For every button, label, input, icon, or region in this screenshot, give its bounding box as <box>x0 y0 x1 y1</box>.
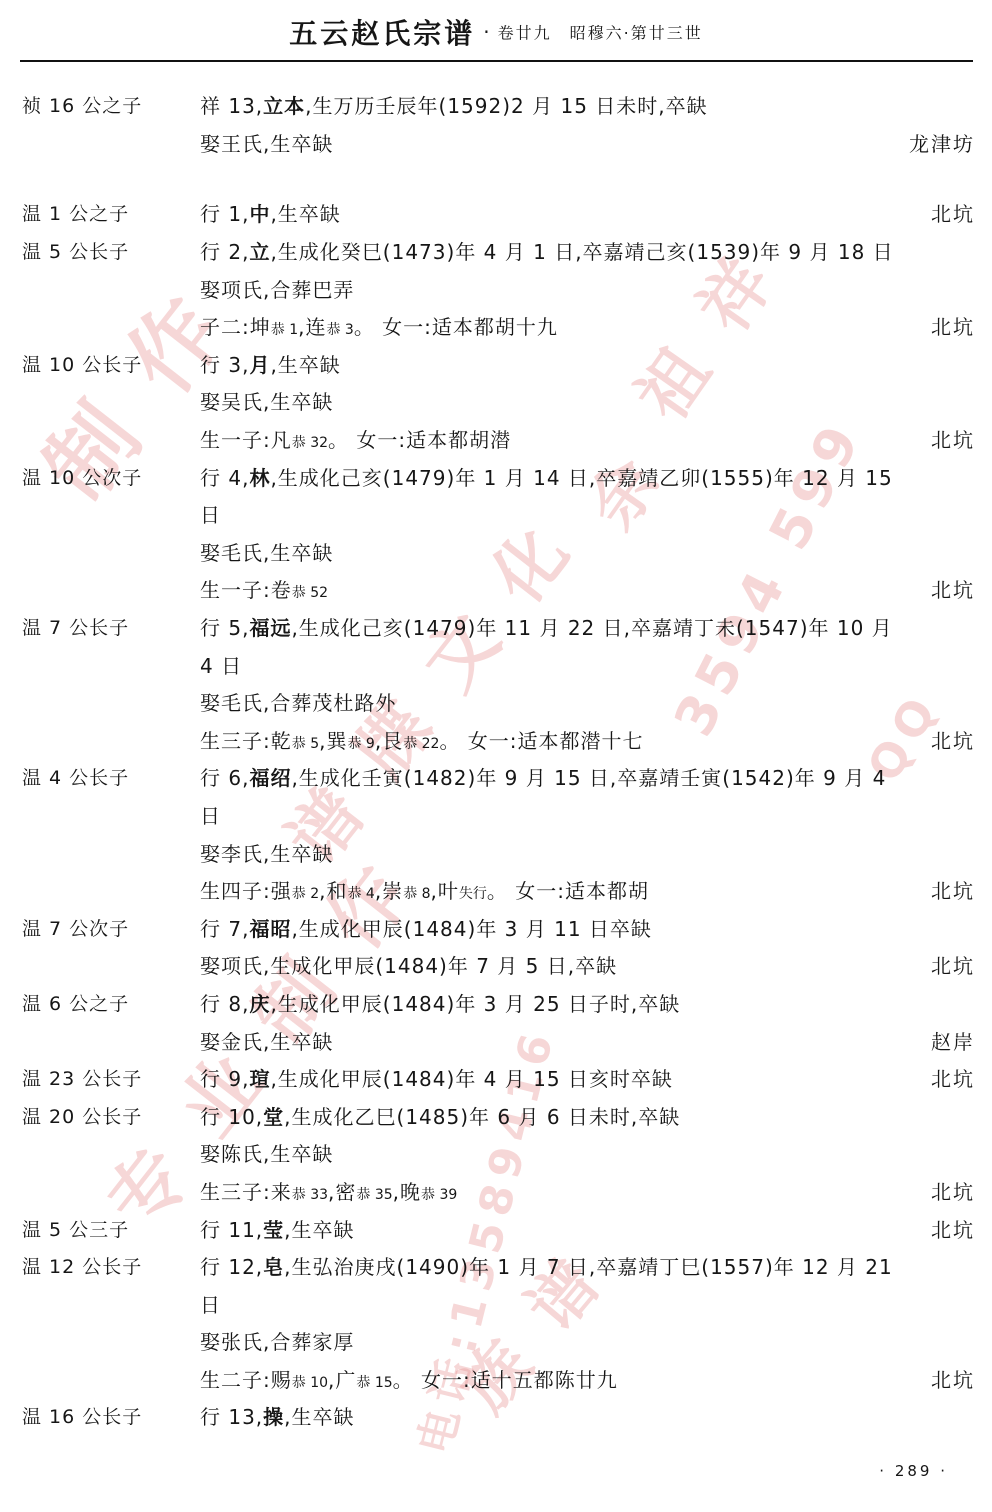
entry-text-segment: ,艮 <box>375 729 403 753</box>
entry-text-segment: ,生成化甲辰(1484)年 3 月 11 日卒缺 <box>291 917 651 941</box>
entry-text: 娶陈氏,生卒缺 <box>200 1138 975 1167</box>
generation-annotation: 恭 1 <box>271 322 298 338</box>
generation-annotation: 恭 39 <box>421 1187 457 1203</box>
location-label: 北坑 <box>931 198 975 227</box>
kinship-label: 温 10 公长子 <box>22 350 200 377</box>
entry-text: 生一子:凡恭 32。 女一:适本都胡潜 <box>200 424 931 453</box>
generation-annotation: 恭 4 <box>347 886 374 902</box>
entry-row: 子二:坤恭 1,连恭 3。 女一:适本都胡十九北坑 <box>22 307 975 345</box>
kinship-label: 温 6 公之子 <box>22 989 200 1016</box>
entry-text-segment: 生一子:凡 <box>200 428 292 452</box>
entry-row: 温 5 公三子行 11,莹,生卒缺北坑 <box>22 1209 975 1247</box>
person-name: 操 <box>263 1405 284 1429</box>
kinship-label: 温 5 公三子 <box>22 1215 200 1242</box>
entry-text-segment: 子二:坤 <box>200 315 271 339</box>
entry-text: 行 4,林,生成化己亥(1479)年 1 月 14 日,卒嘉靖乙卯(1555)年… <box>200 462 975 491</box>
entry-text-segment: ,生成化己亥(1479)年 11 月 22 日,卒嘉靖丁未(1547)年 10 … <box>291 616 892 640</box>
entry-text-segment: 。 女一:适本都潜十七 <box>439 729 643 753</box>
entries-list: 祯 16 公之子祥 13,立本,生万历壬辰年(1592)2 月 15 日未时,卒… <box>22 86 975 1435</box>
entry-text: 娶金氏,生卒缺 <box>200 1026 931 1055</box>
person-name: 立 <box>249 240 270 264</box>
kinship-label: 温 16 公长子 <box>22 1402 200 1429</box>
entry-row: 日 <box>22 495 975 533</box>
entry-text: 日 <box>200 499 975 528</box>
entry-text-segment: 行 12, <box>200 1255 263 1279</box>
person-name: 福绍 <box>249 766 291 790</box>
entry-row: 温 5 公长子行 2,立,生成化癸巳(1473)年 4 月 1 日,卒嘉靖己亥(… <box>22 232 975 270</box>
entry-row: 娶项氏,合葬巴弄 <box>22 269 975 307</box>
entry-text-segment: ,和 <box>319 879 347 903</box>
entry-text-segment: 行 13, <box>200 1405 263 1429</box>
person-name: 庆 <box>249 992 270 1016</box>
entry-text: 娶张氏,合葬家厚 <box>200 1326 975 1355</box>
person-name: 中 <box>249 202 270 226</box>
generation-annotation: 恭 3 <box>326 322 353 338</box>
entry-text-segment: 娶陈氏,生卒缺 <box>200 1142 333 1166</box>
entry-text-segment: 行 2, <box>200 240 249 264</box>
entry-text-segment: ,叶 <box>431 879 459 903</box>
generation-annotation: 恭 32 <box>292 435 328 451</box>
entry-text: 行 11,莹,生卒缺 <box>200 1214 931 1243</box>
entry-row: 温 23 公长子行 9,瑄,生成化甲辰(1484)年 4 月 15 日亥时卒缺北… <box>22 1059 975 1097</box>
entry-text: 行 3,月,生卒缺 <box>200 349 975 378</box>
entry-row: 娶金氏,生卒缺赵岸 <box>22 1021 975 1059</box>
page-number: · 289 · <box>879 1462 948 1480</box>
entry-text-segment: 行 11, <box>200 1218 263 1242</box>
entry-text: 行 9,瑄,生成化甲辰(1484)年 4 月 15 日亥时卒缺 <box>200 1063 931 1092</box>
page-header: 五云赵氏宗谱·卷廿九 昭穆六·第廿三世 <box>0 12 992 52</box>
entry-text: 行 2,立,生成化癸巳(1473)年 4 月 1 日,卒嘉靖己亥(1539)年 … <box>200 236 975 265</box>
entry-text-segment: 生三子:乾 <box>200 729 292 753</box>
entry-text-segment: 行 1, <box>200 202 249 226</box>
entry-text-segment: 祥 13, <box>200 94 263 118</box>
generation-annotation: 恭 33 <box>292 1187 328 1203</box>
kinship-label: 温 7 公次子 <box>22 914 200 941</box>
entry-text: 娶毛氏,生卒缺 <box>200 537 975 566</box>
location-label: 北坑 <box>931 574 975 603</box>
location-label: 北坑 <box>931 1214 975 1243</box>
person-name: 皂 <box>263 1255 284 1279</box>
entry-text: 娶项氏,生成化甲辰(1484)年 7 月 5 日,卒缺 <box>200 950 931 979</box>
person-name: 瑄 <box>249 1067 270 1091</box>
entry-text: 4 日 <box>200 650 975 679</box>
entry-text: 行 5,福远,生成化己亥(1479)年 11 月 22 日,卒嘉靖丁未(1547… <box>200 612 975 641</box>
entry-text-segment: ,生万历壬辰年(1592)2 月 15 日未时,卒缺 <box>305 94 707 118</box>
entry-text-segment: 行 7, <box>200 917 249 941</box>
generation-annotation: 恭 10 <box>292 1375 328 1391</box>
entry-text: 行 1,中,生卒缺 <box>200 198 931 227</box>
person-name: 福昭 <box>249 917 291 941</box>
kinship-label: 温 12 公长子 <box>22 1252 200 1279</box>
entry-text: 行 7,福昭,生成化甲辰(1484)年 3 月 11 日卒缺 <box>200 913 975 942</box>
entry-text: 娶李氏,生卒缺 <box>200 838 975 867</box>
entry-text-segment: 娶毛氏,合葬茂杜路外 <box>200 691 396 715</box>
person-name: 堂 <box>263 1105 284 1129</box>
entry-text-segment: 。 女一:适本都胡潜 <box>328 428 511 452</box>
entry-text: 娶毛氏,合葬茂杜路外 <box>200 687 975 716</box>
kinship-label: 温 4 公长子 <box>22 763 200 790</box>
entry-row: 娶李氏,生卒缺 <box>22 833 975 871</box>
entry-text-segment: ,广 <box>328 1368 356 1392</box>
entry-text: 行 13,操,生卒缺 <box>200 1401 975 1430</box>
location-label: 北坑 <box>931 1364 975 1393</box>
entry-text: 行 10,堂,生成化乙巳(1485)年 6 月 6 日未时,卒缺 <box>200 1101 975 1130</box>
entry-text-segment: ,生成化己亥(1479)年 1 月 14 日,卒嘉靖乙卯(1555)年 12 月… <box>270 466 892 490</box>
person-name: 福远 <box>249 616 291 640</box>
entry-text: 生一子:卷恭 52 <box>200 574 931 603</box>
location-label: 龙津坊 <box>909 128 975 157</box>
volume-subtitle: 卷廿九 昭穆六·第廿三世 <box>498 24 703 43</box>
entry-text-segment: 娶项氏,合葬巴弄 <box>200 278 354 302</box>
entry-text-segment: 行 4, <box>200 466 249 490</box>
entry-text: 行 8,庆,生成化甲辰(1484)年 3 月 25 日子时,卒缺 <box>200 988 975 1017</box>
person-name: 月 <box>249 353 270 377</box>
entry-row: 温 10 公次子行 4,林,生成化己亥(1479)年 1 月 14 日,卒嘉靖乙… <box>22 457 975 495</box>
entry-text-segment: 行 3, <box>200 353 249 377</box>
entry-text-segment: 娶李氏,生卒缺 <box>200 842 333 866</box>
entry-text-segment: 行 8, <box>200 992 249 1016</box>
generation-annotation: 恭 35 <box>356 1187 392 1203</box>
generation-annotation: 恭 2 <box>292 886 319 902</box>
entry-row: 温 10 公长子行 3,月,生卒缺 <box>22 345 975 383</box>
entry-text: 行 6,福绍,生成化壬寅(1482)年 9 月 15 日,卒嘉靖壬寅(1542)… <box>200 762 975 791</box>
entry-text-segment: 行 5, <box>200 616 249 640</box>
entry-text: 生三子:来恭 33,密恭 35,晚恭 39 <box>200 1176 931 1205</box>
entry-text-segment: ,生卒缺 <box>270 202 340 226</box>
entry-text: 生三子:乾恭 5,巽恭 9,艮恭 22。 女一:适本都潜十七 <box>200 725 931 754</box>
location-label: 北坑 <box>931 1176 975 1205</box>
entry-row: 温 7 公次子行 7,福昭,生成化甲辰(1484)年 3 月 11 日卒缺 <box>22 908 975 946</box>
entry-text: 生二子:赐恭 10,广恭 15。 女一:适十五都陈廿九 <box>200 1364 931 1393</box>
entry-text-segment: ,生成化壬寅(1482)年 9 月 15 日,卒嘉靖壬寅(1542)年 9 月 … <box>291 766 886 790</box>
entry-text-segment: ,生成化甲辰(1484)年 3 月 25 日子时,卒缺 <box>270 992 680 1016</box>
location-label: 北坑 <box>931 725 975 754</box>
book-title: 五云赵氏宗谱 <box>289 17 475 50</box>
entry-text-segment: ,生成化乙巳(1485)年 6 月 6 日未时,卒缺 <box>284 1105 680 1129</box>
location-label: 北坑 <box>931 1063 975 1092</box>
entry-row: 4 日 <box>22 645 975 683</box>
entry-row: 温 7 公长子行 5,福远,生成化己亥(1479)年 11 月 22 日,卒嘉靖… <box>22 608 975 646</box>
entry-text: 娶王氏,生卒缺 <box>200 128 909 157</box>
entry-row: 日 <box>22 796 975 834</box>
kinship-label: 温 1 公之子 <box>22 199 200 226</box>
entry-row: 生二子:赐恭 10,广恭 15。 女一:适十五都陈廿九北坑 <box>22 1360 975 1398</box>
entry-text-segment: 娶项氏,生成化甲辰(1484)年 7 月 5 日,卒缺 <box>200 954 617 978</box>
entry-text: 日 <box>200 1289 975 1318</box>
entry-text-segment: 生二子:赐 <box>200 1368 292 1392</box>
entry-text-segment: 日 <box>200 804 221 828</box>
entry-text-segment: 日 <box>200 503 221 527</box>
entry-text-segment: 。 女一:适本都胡十九 <box>354 315 558 339</box>
header-divider-line <box>20 60 973 62</box>
entry-text: 娶项氏,合葬巴弄 <box>200 274 975 303</box>
entry-row: 祯 16 公之子祥 13,立本,生万历壬辰年(1592)2 月 15 日未时,卒… <box>22 86 975 124</box>
person-name: 立本 <box>263 94 305 118</box>
entry-text: 祥 13,立本,生万历壬辰年(1592)2 月 15 日未时,卒缺 <box>200 90 975 119</box>
entry-row: 生一子:卷恭 52北坑 <box>22 570 975 608</box>
entry-text-segment: 生四子:强 <box>200 879 292 903</box>
entry-text: 日 <box>200 800 975 829</box>
entry-row: 温 12 公长子行 12,皂,生弘治庚戌(1490)年 1 月 7 日,卒嘉靖丁… <box>22 1247 975 1285</box>
entry-row: 温 4 公长子行 6,福绍,生成化壬寅(1482)年 9 月 15 日,卒嘉靖壬… <box>22 758 975 796</box>
entry-row: 娶吴氏,生卒缺 <box>22 382 975 420</box>
entry-row: 温 20 公长子行 10,堂,生成化乙巳(1485)年 6 月 6 日未时,卒缺 <box>22 1096 975 1134</box>
person-name: 林 <box>249 466 270 490</box>
kinship-label: 温 7 公长子 <box>22 613 200 640</box>
entry-text-segment: 日 <box>200 1293 221 1317</box>
entry-text: 行 12,皂,生弘治庚戌(1490)年 1 月 7 日,卒嘉靖丁巳(1557)年… <box>200 1251 975 1280</box>
entry-text-segment: ,生卒缺 <box>284 1405 354 1429</box>
kinship-label: 温 20 公长子 <box>22 1102 200 1129</box>
entry-row: 娶陈氏,生卒缺 <box>22 1134 975 1172</box>
entry-text-segment: 。 女一:适十五都陈廿九 <box>393 1368 618 1392</box>
location-label: 北坑 <box>931 875 975 904</box>
genealogy-page: 制 作祖 祥余3594 599谱 牒 文 化QQ专 业 制 作电话:135894… <box>0 0 992 1512</box>
generation-annotation: 恭 22 <box>403 736 439 752</box>
entry-text-segment: 娶张氏,合葬家厚 <box>200 1330 354 1354</box>
kinship-label: 温 10 公次子 <box>22 463 200 490</box>
entry-row: 生四子:强恭 2,和恭 4,崇恭 8,叶失行。 女一:适本都胡北坑 <box>22 871 975 909</box>
entry-row: 日 <box>22 1284 975 1322</box>
location-label: 北坑 <box>931 950 975 979</box>
entry-text-segment: 。 女一:适本都胡 <box>487 879 649 903</box>
generation-annotation: 恭 52 <box>292 585 328 601</box>
entry-row: 娶王氏,生卒缺龙津坊 <box>22 124 975 162</box>
entry-text-segment: ,连 <box>298 315 326 339</box>
entry-text-segment: 行 6, <box>200 766 249 790</box>
entry-row: 温 16 公长子行 13,操,生卒缺 <box>22 1397 975 1435</box>
entry-row: 温 6 公之子行 8,庆,生成化甲辰(1484)年 3 月 25 日子时,卒缺 <box>22 984 975 1022</box>
entry-text-segment: 娶毛氏,生卒缺 <box>200 541 333 565</box>
generation-annotation: 恭 5 <box>292 736 319 752</box>
location-label: 赵岸 <box>931 1026 975 1055</box>
title-separator-dot: · <box>483 20 489 44</box>
location-label: 北坑 <box>931 311 975 340</box>
entry-row: 娶毛氏,生卒缺 <box>22 533 975 571</box>
entry-text-segment: 行 10, <box>200 1105 263 1129</box>
entry-row: 娶毛氏,合葬茂杜路外 <box>22 683 975 721</box>
entry-row: 娶张氏,合葬家厚 <box>22 1322 975 1360</box>
entry-text-segment: ,生成化癸巳(1473)年 4 月 1 日,卒嘉靖己亥(1539)年 9 月 1… <box>270 240 893 264</box>
entry-row: 生三子:乾恭 5,巽恭 9,艮恭 22。 女一:适本都潜十七北坑 <box>22 721 975 759</box>
entry-text-segment: 行 9, <box>200 1067 249 1091</box>
kinship-label: 温 5 公长子 <box>22 237 200 264</box>
entry-row: 娶项氏,生成化甲辰(1484)年 7 月 5 日,卒缺北坑 <box>22 946 975 984</box>
entry-row: 生一子:凡恭 32。 女一:适本都胡潜北坑 <box>22 420 975 458</box>
generation-annotation: 恭 15 <box>356 1375 392 1391</box>
person-name: 莹 <box>263 1218 284 1242</box>
entry-text-segment: ,生弘治庚戌(1490)年 1 月 7 日,卒嘉靖丁巳(1557)年 12 月 … <box>284 1255 893 1279</box>
entry-text: 子二:坤恭 1,连恭 3。 女一:适本都胡十九 <box>200 311 931 340</box>
kinship-label: 祯 16 公之子 <box>22 91 200 118</box>
entry-text-segment: ,崇 <box>375 879 403 903</box>
entry-text-segment: 娶吴氏,生卒缺 <box>200 390 333 414</box>
entry-text-segment: 娶王氏,生卒缺 <box>200 132 333 156</box>
entry-row: 生三子:来恭 33,密恭 35,晚恭 39北坑 <box>22 1172 975 1210</box>
entry-text-segment: 4 日 <box>200 654 242 678</box>
entry-row: 温 1 公之子行 1,中,生卒缺北坑 <box>22 194 975 232</box>
generation-annotation: 恭 9 <box>347 736 374 752</box>
entry-text-segment: ,巽 <box>319 729 347 753</box>
entry-text-segment: ,生成化甲辰(1484)年 4 月 15 日亥时卒缺 <box>270 1067 672 1091</box>
generation-annotation: 恭 8 <box>403 886 430 902</box>
location-label: 北坑 <box>931 424 975 453</box>
entry-text-segment: ,生卒缺 <box>270 353 340 377</box>
entry-text-segment: ,晚 <box>393 1180 421 1204</box>
entry-text-segment: ,密 <box>328 1180 356 1204</box>
entry-text-segment: 生一子:卷 <box>200 578 292 602</box>
entry-text-segment: 娶金氏,生卒缺 <box>200 1030 333 1054</box>
generation-annotation: 失行 <box>459 886 487 902</box>
entry-text: 娶吴氏,生卒缺 <box>200 386 975 415</box>
entry-text: 生四子:强恭 2,和恭 4,崇恭 8,叶失行。 女一:适本都胡 <box>200 875 931 904</box>
entry-text-segment: 生三子:来 <box>200 1180 292 1204</box>
kinship-label: 温 23 公长子 <box>22 1064 200 1091</box>
entry-text-segment: ,生卒缺 <box>284 1218 354 1242</box>
